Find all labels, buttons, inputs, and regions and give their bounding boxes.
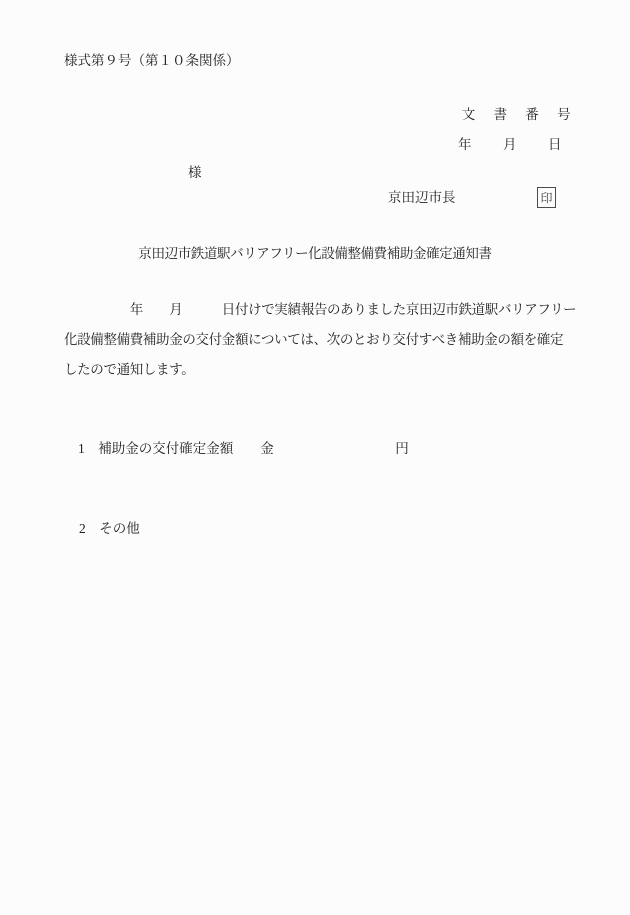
- date-placeholder-line: 年 月 日: [458, 137, 563, 153]
- document-number-label: 文 書 番 号: [462, 107, 573, 123]
- form-number-label: 様式第９号（第１０条関係）: [64, 53, 240, 69]
- stamp-label: 印: [540, 192, 552, 204]
- recipient-honorific: 様: [188, 165, 202, 181]
- body-paragraph-line-3: したので通知します。: [64, 362, 194, 378]
- document-title: 京田辺市鉄道駅バリアフリー化設備整備費補助金確定通知書: [0, 246, 630, 262]
- body-paragraph-line-1: 年 月 日付けで実績報告のありました京田辺市鉄道駅バリアフリー: [64, 302, 576, 318]
- body-paragraph-line-2: 化設備整備費補助金の交付金額については、次のとおり交付すべき補助金の額を確定: [64, 332, 563, 348]
- item-2-other: 2 その他: [79, 521, 140, 537]
- item-1-confirmed-amount: 1 補助金の交付確定金額 金 円: [78, 441, 409, 457]
- sender-title: 京田辺市長: [388, 190, 456, 206]
- document-page: 様式第９号（第１０条関係） 文 書 番 号 年 月 日 様 京田辺市長 印 京田…: [0, 0, 630, 915]
- stamp-box: 印: [537, 187, 556, 208]
